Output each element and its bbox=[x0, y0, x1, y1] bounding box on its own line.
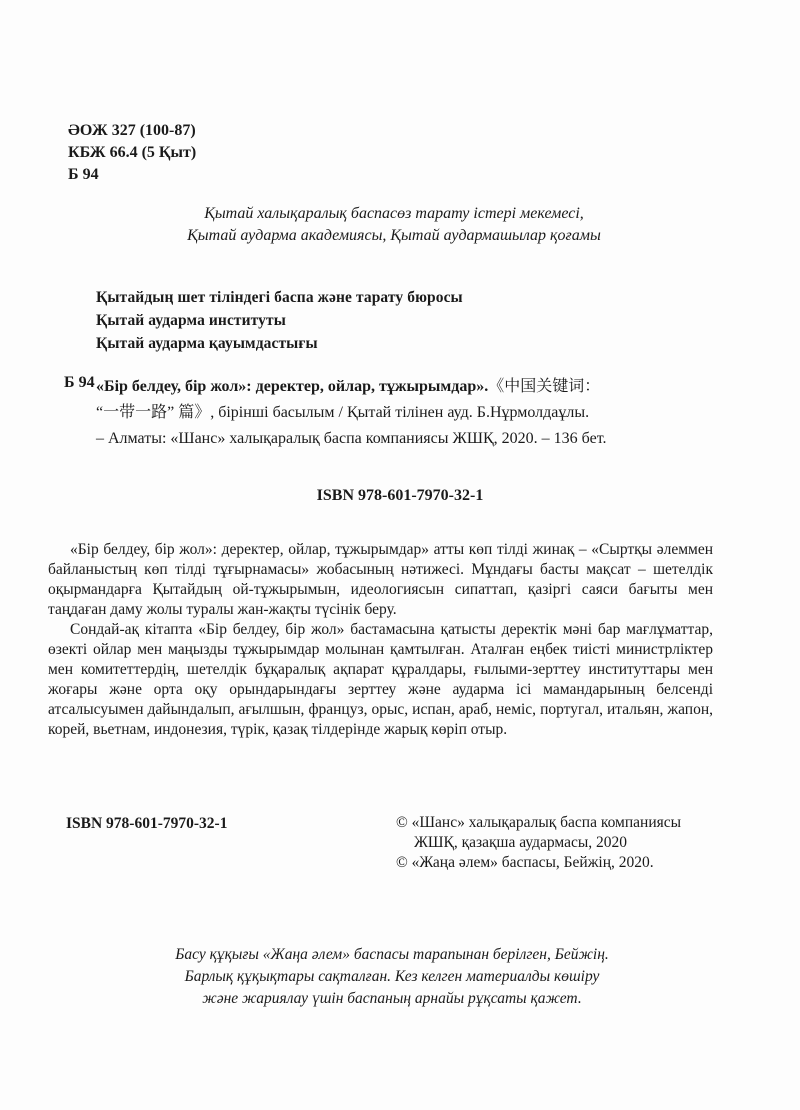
isbn-bottom: ISBN 978-601-7970-32-1 bbox=[66, 815, 227, 833]
catalog-line-3: – Алматы: «Шанс» халықаралық баспа компа… bbox=[96, 426, 786, 452]
publisher-line: Қытай халықаралық баспасөз тарату істері… bbox=[0, 203, 794, 225]
catalog-code: Б 94 bbox=[64, 374, 95, 392]
bbk-code: КБЖ 66.4 (5 Қыт) bbox=[68, 142, 196, 164]
rights-line: және жариялау үшін баспаның арнайы рұқса… bbox=[0, 988, 792, 1010]
publisher-line: Қытай аударма академиясы, Қытай аудармаш… bbox=[0, 225, 794, 247]
rights-line: Басу құқығы «Жаңа әлем» баспасы тарапына… bbox=[0, 944, 792, 966]
catalog-entry: «Бір белдеу, бір жол»: деректер, ойлар, … bbox=[96, 374, 786, 452]
author-mark: Б 94 bbox=[68, 164, 196, 186]
description-paragraph: Сондай-ақ кітапта «Бір белдеу, бір жол» … bbox=[48, 620, 713, 740]
rights-notice: Басу құқығы «Жаңа әлем» баспасы тарапына… bbox=[0, 944, 800, 1010]
publishers-italic: Қытай халықаралық баспасөз тарату істері… bbox=[0, 203, 800, 247]
bibliographic-codes: ӘОЖ 327 (100-87) КБЖ 66.4 (5 Қыт) Б 94 bbox=[68, 120, 196, 186]
catalog-title-line: «Бір белдеу, бір жол»: деректер, ойлар, … bbox=[96, 374, 786, 400]
copyright-line: ЖШҚ, қазақша аудармасы, 2020 bbox=[396, 833, 681, 853]
catalog-title: «Бір белдеу, бір жол»: деректер, ойлар, … bbox=[96, 378, 488, 395]
organization-item: Қытай аударма институты bbox=[96, 309, 463, 332]
udc-code: ӘОЖ 327 (100-87) bbox=[68, 120, 196, 142]
isbn-center: ISBN 978-601-7970-32-1 bbox=[0, 487, 800, 505]
catalog-line-2: “一带一路” 篇》, бірінші басылым / Қытай тілін… bbox=[96, 400, 786, 426]
description: «Бір белдеу, бір жол»: деректер, ойлар, … bbox=[48, 540, 713, 740]
organization-item: Қытай аударма қауымдастығы bbox=[96, 332, 463, 355]
organization-item: Қытайдың шет тіліндегі баспа және тарату… bbox=[96, 286, 463, 309]
rights-line: Барлық құқықтары сақталған. Кез келген м… bbox=[0, 966, 792, 988]
copyright-line: © «Шанс» халықаралық баспа компаниясы bbox=[396, 813, 681, 833]
description-paragraph: «Бір белдеу, бір жол»: деректер, ойлар, … bbox=[48, 540, 713, 620]
organizations-list: Қытайдың шет тіліндегі баспа және тарату… bbox=[96, 286, 463, 355]
copyright-block: © «Шанс» халықаралық баспа компаниясы ЖШ… bbox=[396, 813, 681, 873]
copyright-line: © «Жаңа әлем» баспасы, Бейжің, 2020. bbox=[396, 853, 681, 873]
catalog-title-suffix: 《中国关键词： bbox=[488, 378, 600, 395]
